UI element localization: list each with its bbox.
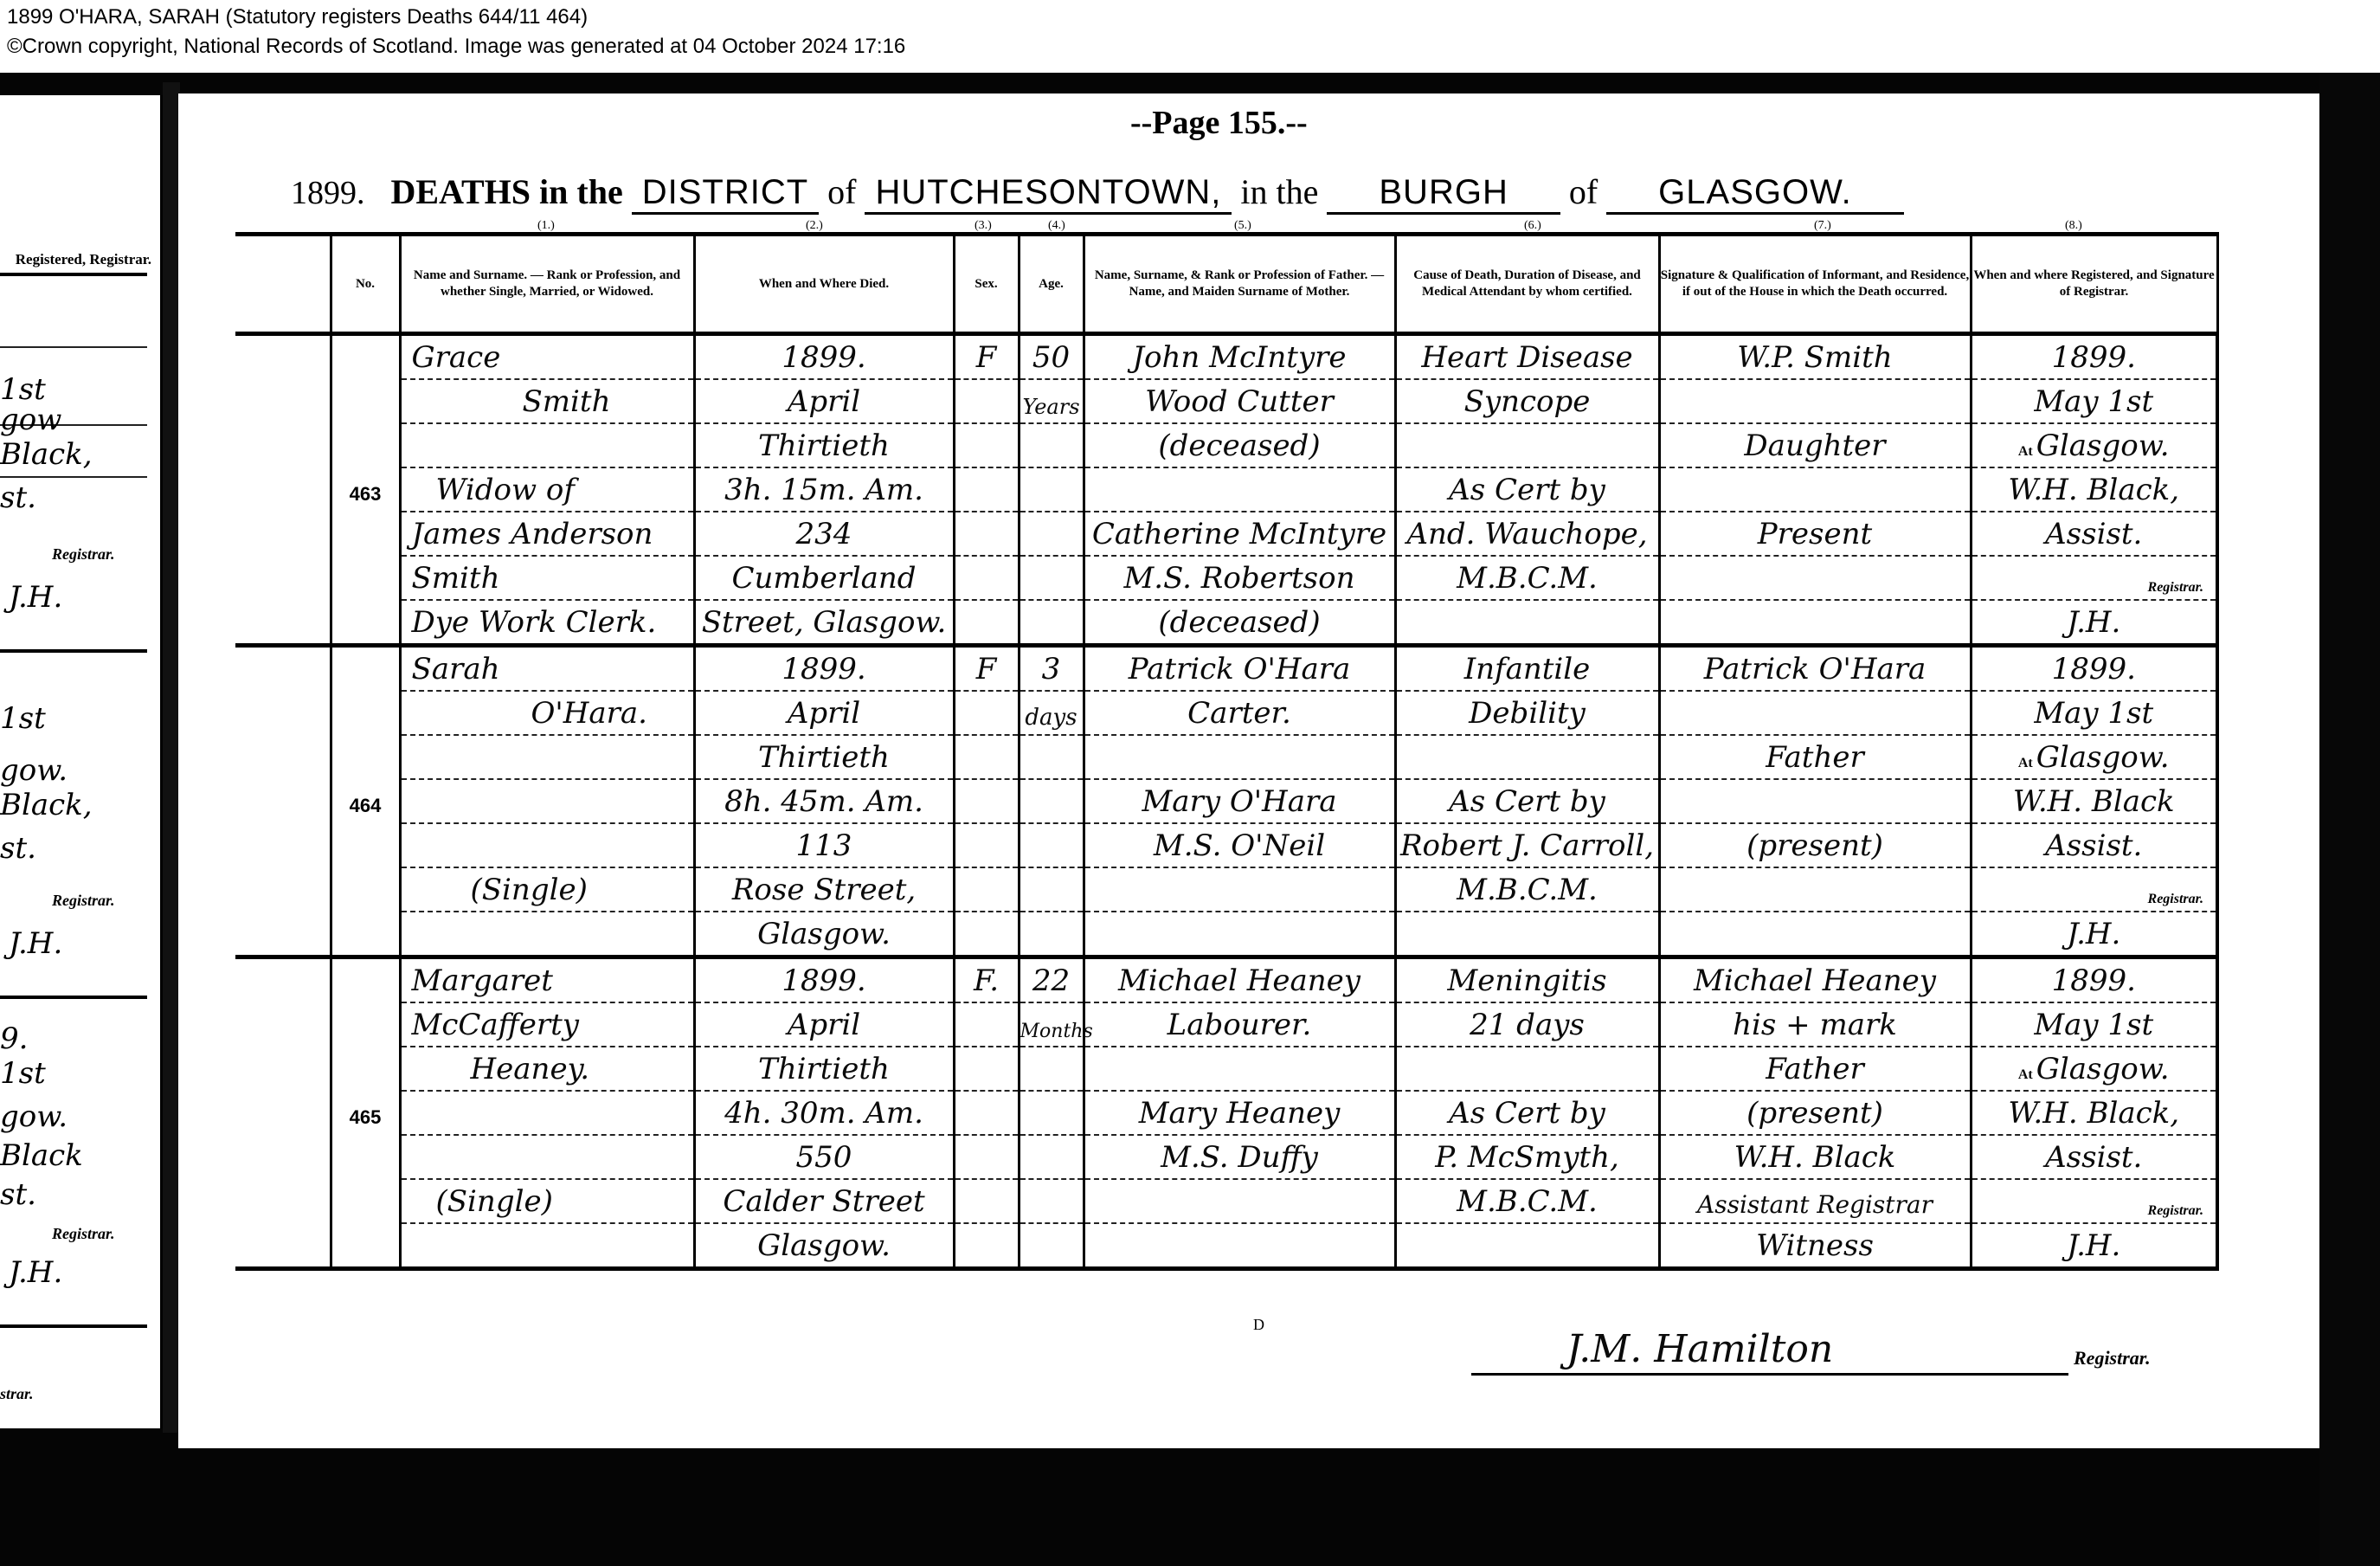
- death-month: April: [696, 696, 953, 731]
- address-number: 234: [696, 517, 953, 551]
- left-text: 1st: [0, 701, 46, 736]
- deceased-forename: Margaret: [412, 963, 553, 998]
- registrar-name: W.H. Black,: [1972, 1096, 2216, 1131]
- col-header-when-where: When and Where Died.: [694, 235, 954, 334]
- medical-qualification: M.B.C.M.: [1397, 873, 1658, 907]
- when-where-cell: 1899. April Thirtieth 4h. 30m. Am. 550 C…: [696, 959, 953, 1266]
- left-registrar-label: Registrar.: [52, 892, 115, 910]
- left-text: Black: [0, 1138, 83, 1173]
- registration-year: 1899.: [1972, 340, 2216, 375]
- spouse-surname: Smith: [412, 561, 500, 596]
- certified-by-label: As Cert by: [1397, 784, 1658, 819]
- informant-relationship: Father: [1661, 740, 1970, 775]
- death-year: 1899.: [696, 963, 953, 998]
- medical-attendant: Robert J. Carroll,: [1397, 828, 1658, 863]
- col-header-name: Name and Surname. — Rank or Profession, …: [400, 235, 694, 334]
- book-edge: [2319, 73, 2380, 1566]
- left-text: gow.: [0, 753, 68, 788]
- col-header-no: No.: [331, 235, 400, 334]
- registered-cell: 1899. May 1st AtGlasgow. W.H. Black, Ass…: [1972, 336, 2216, 643]
- witness-title: Assistant Registrar: [1661, 1190, 1970, 1219]
- column-number: (8.): [2065, 219, 2082, 233]
- left-text: Black,: [0, 788, 93, 822]
- sex-value: F: [955, 340, 1018, 375]
- informant-signature: W.P. Smith: [1661, 340, 1970, 375]
- margin-cell: [235, 334, 331, 646]
- mother-name: Mary Heaney: [1085, 1096, 1394, 1131]
- deceased-surname: O'Hara.: [531, 696, 647, 731]
- death-day: Thirtieth: [696, 429, 953, 463]
- of-text: of: [827, 172, 856, 211]
- header-row: No. Name and Surname. — Rank or Professi…: [235, 235, 2217, 334]
- certified-by-label: As Cert by: [1397, 1096, 1658, 1131]
- mother-name: Mary O'Hara: [1085, 784, 1394, 819]
- column-number: (5.): [1234, 219, 1251, 233]
- left-registrar-label: Registrar.: [52, 545, 115, 564]
- deaths-heading: DEATHS in the: [391, 172, 623, 211]
- burgh-label: BURGH: [1327, 173, 1560, 215]
- registration-year: 1899.: [1972, 652, 2216, 686]
- record-title: 1899 O'HARA, SARAH (Statutory registers …: [7, 5, 588, 29]
- deceased-surname: Heaney.: [471, 1052, 590, 1086]
- age-value: 3: [1020, 652, 1083, 686]
- registration-date: May 1st: [1972, 1008, 2216, 1042]
- district-label: DISTRICT: [632, 173, 819, 215]
- left-text: J.H.: [9, 1255, 62, 1290]
- copyright-notice: ©Crown copyright, National Records of Sc…: [7, 35, 905, 59]
- name-cell: Sarah O'Hara. (Single): [402, 648, 693, 955]
- informant-signature: Michael Heaney: [1661, 963, 1970, 998]
- informant-cell: Patrick O'Hara Father (present): [1661, 648, 1970, 955]
- mother-name: Catherine McIntyre: [1085, 517, 1394, 551]
- register-entry-464: 464 Sarah O'Hara. (Single) 1899. April T…: [235, 646, 2217, 957]
- left-text: J.H.: [9, 580, 62, 615]
- col-header-cause: Cause of Death, Duration of Disease, and…: [1395, 235, 1659, 334]
- registrar-name: W.H. Black,: [1972, 473, 2216, 507]
- left-registrar-label: strar.: [0, 1385, 34, 1403]
- death-month: April: [696, 384, 953, 419]
- registration-place: Glasgow.: [2036, 740, 2170, 775]
- margin-cell: [235, 957, 331, 1269]
- left-rule: [0, 476, 147, 478]
- book-gutter: [163, 82, 180, 1433]
- age-unit: days: [1020, 705, 1083, 731]
- column-number: (2.): [806, 219, 823, 233]
- informant-presence: (present): [1661, 828, 1970, 863]
- age-value: 50: [1020, 340, 1083, 375]
- cause-of-death: Meningitis: [1397, 963, 1658, 998]
- burgh-name: GLASGOW.: [1606, 173, 1904, 215]
- column-number: (4.): [1048, 219, 1065, 233]
- register-year: 1899.: [291, 175, 365, 211]
- page-number: --Page 155.--: [1130, 104, 1308, 142]
- age-unit: Years: [1020, 395, 1083, 419]
- sex-value: F: [955, 652, 1018, 686]
- registrar-initials: J.H.: [1972, 1228, 2216, 1263]
- registrar-role: Assist.: [1972, 1140, 2216, 1175]
- registrar-role: Assist.: [1972, 517, 2216, 551]
- left-rule: [0, 649, 147, 653]
- left-text: st.: [0, 480, 36, 515]
- sex-value: F.: [955, 963, 1018, 998]
- column-number: (7.): [1814, 219, 1831, 233]
- registration-year: 1899.: [1972, 963, 2216, 998]
- age-cell: 22 Months: [1020, 959, 1083, 1266]
- father-status: (deceased): [1085, 429, 1394, 463]
- margin-column: [235, 235, 331, 334]
- marital-status: (Single): [471, 873, 588, 907]
- left-text: gow.: [0, 1099, 68, 1134]
- mother-status: (deceased): [1085, 605, 1394, 640]
- left-text: J.H.: [9, 926, 62, 961]
- mother-maiden-surname: M.S. O'Neil: [1085, 828, 1394, 863]
- marital-status: Widow of: [436, 473, 575, 507]
- medical-qualification: M.B.C.M.: [1397, 1184, 1658, 1219]
- left-page-header: Registered, Registrar.: [16, 251, 151, 268]
- left-page-fragment: Registered, Registrar. 1st gow Black, st…: [0, 95, 163, 1428]
- address-number: 113: [696, 828, 953, 863]
- informant-presence: Present: [1661, 517, 1970, 551]
- address-city: Glasgow.: [696, 1228, 953, 1263]
- address-street: Cumberland: [696, 561, 953, 596]
- sex-cell: F: [955, 336, 1018, 643]
- registrar-label: Registrar.: [2148, 1203, 2203, 1219]
- register-entry-463: 463 Grace Smith Widow of James Anderson …: [235, 334, 2217, 646]
- informant-cell: W.P. Smith Daughter Present: [1661, 336, 1970, 643]
- informant-cell: Michael Heaney his + mark Father (presen…: [1661, 959, 1970, 1266]
- death-time: 3h. 15m. Am.: [696, 473, 953, 507]
- medical-attendant: And. Wauchope,: [1397, 517, 1658, 551]
- address-number: 550: [696, 1140, 953, 1175]
- sex-cell: F.: [955, 959, 1018, 1266]
- parents-cell: Patrick O'Hara Carter. Mary O'Hara M.S. …: [1085, 648, 1394, 955]
- registrar-name: W.H. Black: [1972, 784, 2216, 819]
- witness-name: W.H. Black: [1661, 1140, 1970, 1175]
- left-rule: [0, 346, 147, 348]
- disease-duration: 21 days: [1397, 1008, 1658, 1042]
- parents-cell: Michael Heaney Labourer. Mary Heaney M.S…: [1085, 959, 1394, 1266]
- left-text: 1st: [0, 1056, 46, 1091]
- deceased-surname: Smith: [523, 384, 611, 419]
- name-cell: Margaret McCafferty Heaney. (Single): [402, 959, 693, 1266]
- registered-cell: 1899. May 1st AtGlasgow. W.H. Black Assi…: [1972, 648, 2216, 955]
- left-rule: [0, 273, 147, 276]
- when-where-cell: 1899. April Thirtieth 8h. 45m. Am. 113 R…: [696, 648, 953, 955]
- death-register-table: No. Name and Surname. — Rank or Professi…: [235, 232, 2219, 1271]
- column-number: (6.): [1524, 219, 1541, 233]
- col-header-age: Age.: [1019, 235, 1084, 334]
- informant-relationship: Daughter: [1661, 429, 1970, 463]
- left-text: st.: [0, 1177, 36, 1212]
- age-value: 22: [1020, 963, 1083, 998]
- mother-maiden-surname: M.S. Duffy: [1085, 1140, 1394, 1175]
- register-title: 1899. DEATHS in the DISTRICT of HUTCHESO…: [291, 171, 1904, 215]
- left-text: Black,: [0, 437, 93, 472]
- address-street: Rose Street,: [696, 873, 953, 907]
- page-mark: D: [1253, 1316, 1264, 1334]
- of-text: of: [1569, 172, 1598, 211]
- registrar-label: Registrar.: [2148, 580, 2203, 596]
- registrar-initials: J.H.: [1972, 917, 2216, 951]
- death-day: Thirtieth: [696, 740, 953, 775]
- cause-cell: Meningitis 21 days As Cert by P. McSmyth…: [1397, 959, 1658, 1266]
- certified-by-label: As Cert by: [1397, 473, 1658, 507]
- left-text: gow: [0, 403, 61, 437]
- register-entry-465: 465 Margaret McCafferty Heaney. (Single)…: [235, 957, 2217, 1269]
- district-name: HUTCHESONTOWN,: [865, 173, 1232, 215]
- informant-relationship: Father: [1661, 1052, 1970, 1086]
- register-page: --Page 155.-- 1899. DEATHS in the DISTRI…: [178, 93, 2319, 1448]
- cause-secondary: Debility: [1397, 696, 1658, 731]
- cause-cell: Infantile Debility As Cert by Robert J. …: [1397, 648, 1658, 955]
- registrar-role: Assist.: [1972, 828, 2216, 863]
- informant-signature: Patrick O'Hara: [1661, 652, 1970, 686]
- col-header-registered: When and where Registered, and Signature…: [1971, 235, 2217, 334]
- address-city: Street, Glasgow.: [696, 605, 953, 640]
- in-the-text: in the: [1240, 172, 1318, 211]
- left-rule: [0, 1324, 147, 1328]
- medical-attendant: P. McSmyth,: [1397, 1140, 1658, 1175]
- deceased-middle-name: McCafferty: [412, 1008, 579, 1042]
- registrar-signature: J.M. Hamilton: [1566, 1327, 1833, 1371]
- medical-qualification: M.B.C.M.: [1397, 561, 1658, 596]
- age-cell: 3 days: [1020, 648, 1083, 955]
- margin-cell: [235, 646, 331, 957]
- column-number: (3.): [975, 219, 992, 233]
- registration-date: May 1st: [1972, 384, 2216, 419]
- left-text: st.: [0, 831, 36, 866]
- registration-place: Glasgow.: [2036, 1052, 2170, 1086]
- cause-of-death: Heart Disease: [1397, 340, 1658, 375]
- deceased-forename: Grace: [412, 340, 501, 375]
- registrar-initials: J.H.: [1972, 605, 2216, 640]
- death-month: April: [696, 1008, 953, 1042]
- column-number: (1.): [537, 219, 555, 233]
- parents-cell: John McIntyre Wood Cutter (deceased) Cat…: [1085, 336, 1394, 643]
- address-street: Calder Street: [696, 1184, 953, 1219]
- father-occupation: Labourer.: [1085, 1008, 1394, 1042]
- left-text: 9.: [0, 1021, 28, 1056]
- col-header-parents: Name, Surname, & Rank or Profession of F…: [1084, 235, 1395, 334]
- registrar-signature-label: Registrar.: [2074, 1347, 2151, 1369]
- death-year: 1899.: [696, 652, 953, 686]
- at-label: At: [2018, 756, 2033, 770]
- cause-of-death: Infantile: [1397, 652, 1658, 686]
- cause-secondary: Syncope: [1397, 384, 1658, 419]
- marital-status: (Single): [436, 1184, 553, 1219]
- spouse-occupation: Dye Work Clerk.: [412, 605, 657, 640]
- age-unit: Months: [1020, 1021, 1083, 1042]
- col-header-sex: Sex.: [954, 235, 1019, 334]
- father-name: Patrick O'Hara: [1085, 652, 1394, 686]
- left-text: 1st: [0, 372, 46, 407]
- entry-number: 465: [332, 959, 399, 1129]
- left-rule: [0, 996, 147, 999]
- death-day: Thirtieth: [696, 1052, 953, 1086]
- entry-number: 464: [332, 648, 399, 817]
- mother-maiden-surname: M.S. Robertson: [1085, 561, 1394, 596]
- sex-cell: F: [955, 648, 1018, 955]
- at-label: At: [2018, 444, 2033, 459]
- address-city: Glasgow.: [696, 917, 953, 951]
- father-occupation: Carter.: [1085, 696, 1394, 731]
- when-where-cell: 1899. April Thirtieth 3h. 15m. Am. 234 C…: [696, 336, 953, 643]
- at-label: At: [2018, 1067, 2033, 1082]
- registered-cell: 1899. May 1st AtGlasgow. W.H. Black, Ass…: [1972, 959, 2216, 1266]
- spouse-name: James Anderson: [412, 517, 653, 551]
- left-registrar-label: Registrar.: [52, 1225, 115, 1243]
- informant-mark: his + mark: [1661, 1008, 1970, 1042]
- deceased-forename: Sarah: [412, 652, 500, 686]
- col-header-informant: Signature & Qualification of Informant, …: [1659, 235, 1971, 334]
- registration-place: Glasgow.: [2036, 429, 2170, 463]
- entry-number: 463: [332, 336, 399, 506]
- registrar-signature-line: J.M. Hamilton: [1471, 1321, 2068, 1376]
- informant-presence: (present): [1661, 1096, 1970, 1131]
- name-cell: Grace Smith Widow of James Anderson Smit…: [402, 336, 693, 643]
- registrar-label: Registrar.: [2148, 892, 2203, 907]
- death-time: 4h. 30m. Am.: [696, 1096, 953, 1131]
- death-time: 8h. 45m. Am.: [696, 784, 953, 819]
- age-cell: 50 Years: [1020, 336, 1083, 643]
- father-name: Michael Heaney: [1085, 963, 1394, 998]
- father-name: John McIntyre: [1085, 340, 1394, 375]
- father-occupation: Wood Cutter: [1085, 384, 1394, 419]
- witness-label: Witness: [1661, 1228, 1970, 1263]
- registration-date: May 1st: [1972, 696, 2216, 731]
- cause-cell: Heart Disease Syncope As Cert by And. Wa…: [1397, 336, 1658, 643]
- death-year: 1899.: [696, 340, 953, 375]
